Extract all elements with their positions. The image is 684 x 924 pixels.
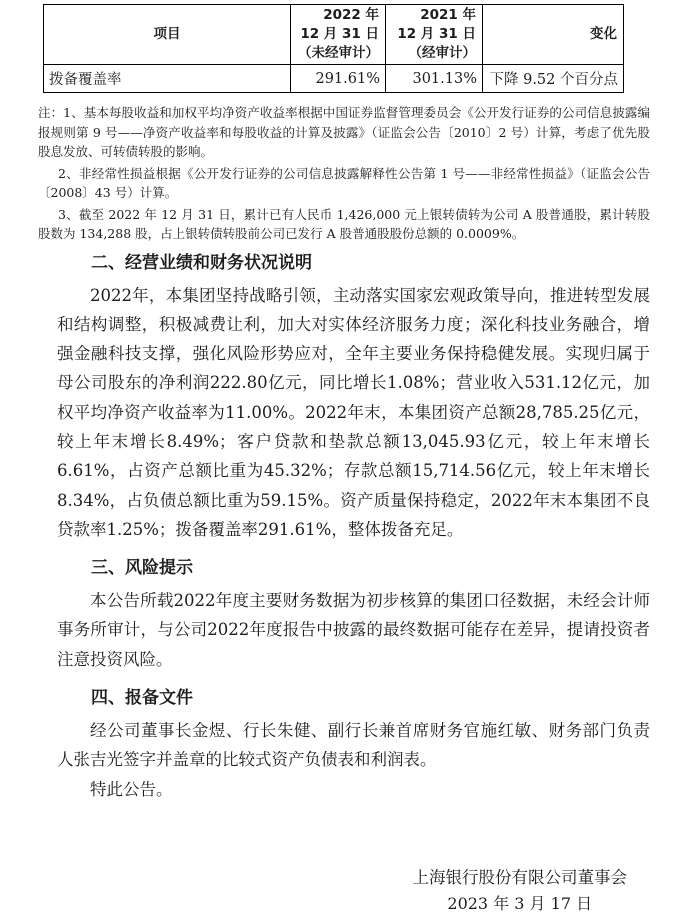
cell-2022-value: 291.61% (291, 65, 386, 93)
signature-company: 上海银行股份有限公司董事会 (413, 866, 628, 890)
section-4-title: 四、报备文件 (57, 686, 650, 710)
signature-block: 上海银行股份有限公司董事会 2023 年 3 月 17 日 (413, 866, 628, 918)
cell-item: 拨备覆盖率 (44, 65, 291, 93)
note-2: 2、非经常性损益根据《公开发行证券的公司信息披露解释性公告第 1 号——非经常性… (38, 164, 650, 203)
table-header-row: 项目 2022 年 12 月 31 日 （未经审计） 2021 年 12 月 3… (44, 5, 624, 65)
notes-block: 注：1、基本每股收益和加权平均净资产收益率根据中国证券监督管理委员会《公开发行证… (38, 103, 650, 244)
note-3: 3、截至 2022 年 12 月 31 日，累计已有人民币 1,426,000 … (38, 205, 650, 244)
section-3-title: 三、风险提示 (57, 556, 650, 580)
section-4-body: 经公司董事长金煜、行长朱健、副行长兼首席财务官施红敏、财务部门负责人张吉光签字并… (57, 716, 650, 775)
cell-change: 下降 9.52 个百分点 (483, 65, 624, 93)
financial-indicators-table: 项目 2022 年 12 月 31 日 （未经审计） 2021 年 12 月 3… (43, 4, 624, 93)
header-item: 项目 (44, 5, 291, 65)
header-change: 变化 (483, 5, 624, 65)
header-2021-line3: （经审计） (392, 44, 476, 63)
header-2022: 2022 年 12 月 31 日 （未经审计） (291, 5, 386, 65)
header-2022-line3: （未经审计） (297, 44, 379, 63)
closing-statement: 特此公告。 (57, 775, 650, 804)
note-1: 注：1、基本每股收益和加权平均净资产收益率根据中国证券监督管理委员会《公开发行证… (38, 103, 650, 162)
header-2021: 2021 年 12 月 31 日 （经审计） (386, 5, 483, 65)
header-2021-line2: 12 月 31 日 (392, 25, 476, 44)
section-2-body: 2022年，本集团坚持战略引领，主动落实国家宏观政策导向，推进转型发展和结构调整… (57, 281, 650, 545)
header-item-label: 项目 (50, 25, 284, 44)
table-row: 拨备覆盖率 291.61% 301.13% 下降 9.52 个百分点 (44, 65, 624, 93)
header-2022-line1: 2022 年 (297, 6, 379, 25)
announcement-page: 项目 2022 年 12 月 31 日 （未经审计） 2021 年 12 月 3… (0, 0, 684, 804)
header-2022-line2: 12 月 31 日 (297, 25, 379, 44)
section-3-body: 本公告所载2022年度主要财务数据为初步核算的集团口径数据，未经会计师事务所审计… (57, 586, 650, 674)
header-change-label: 变化 (489, 25, 617, 44)
signature-date: 2023 年 3 月 17 日 (413, 890, 628, 918)
cell-2021-value: 301.13% (386, 65, 483, 93)
section-2-title: 二、经营业绩和财务状况说明 (57, 251, 650, 275)
header-2021-line1: 2021 年 (392, 6, 476, 25)
